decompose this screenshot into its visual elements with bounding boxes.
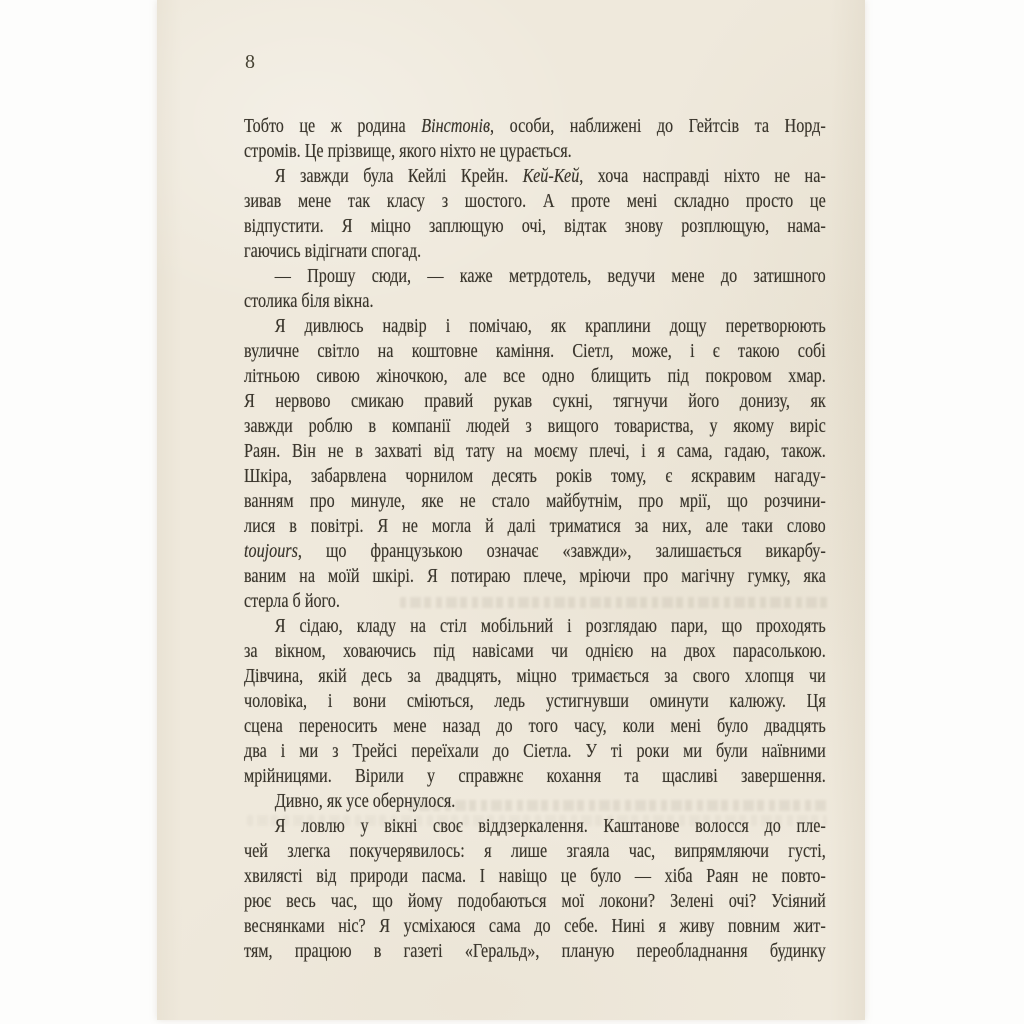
text-line: Раян. Він не в захваті від тату на моєму… bbox=[244, 439, 826, 464]
text-segment: тям, працюю в газеті «Геральд», планую п… bbox=[244, 940, 826, 962]
text-segment: завжди роблю в компанії людей з вищого т… bbox=[244, 415, 826, 437]
text-segment: мрійницями. Вірили у справжнє кохання та… bbox=[244, 765, 826, 787]
text-line: вуличне світло на коштовне каміння. Сіет… bbox=[244, 339, 826, 364]
text-line: Дівчина, якій десь за двадцять, міцно тр… bbox=[244, 664, 826, 689]
text-line: Дивно, як усе обернулося. bbox=[244, 789, 826, 814]
text-line: — Прошу сюди, — каже метрдотель, ведучи … bbox=[244, 264, 826, 289]
text-segment: — Прошу сюди, — каже метрдотель, ведучи … bbox=[275, 265, 826, 287]
text-segment: Дівчина, якій десь за двадцять, міцно тр… bbox=[244, 665, 826, 687]
italic-text-segment: Кей-Кей bbox=[523, 165, 580, 187]
text-line: сцена переносить мене назад до того часу… bbox=[244, 714, 826, 739]
text-segment: рює весь час, що йому подобаються мої ло… bbox=[244, 890, 826, 912]
text-line: Я ловлю у вікні своє віддзеркалення. Каш… bbox=[244, 814, 826, 839]
text-line: зивав мене так класу з шостого. А проте … bbox=[244, 189, 826, 214]
text-segment: стерла б його. bbox=[244, 590, 340, 612]
text-segment: , особи, наближені до Гейтсів та Норд- bbox=[490, 115, 826, 137]
text-segment: столика біля вікна. bbox=[244, 290, 374, 312]
text-line: ванням про минуле, яке не стало майбутні… bbox=[244, 489, 826, 514]
text-line: хвилясті від природи пасма. І навіщо це … bbox=[244, 864, 826, 889]
text-line: рює весь час, що йому подобаються мої ло… bbox=[244, 889, 826, 914]
text-segment: вуличне світло на коштовне каміння. Сіет… bbox=[244, 340, 826, 362]
text-line: Тобто це ж родина Вінстонів, особи, набл… bbox=[244, 114, 826, 139]
text-segment: чей злегка покучерявилось: я лише згаяла… bbox=[244, 840, 826, 862]
italic-text-segment: toujours bbox=[244, 540, 298, 562]
text-line: ваним на моїй шкірі. Я потираю плече, мр… bbox=[244, 564, 826, 589]
text-line: мрійницями. Вірили у справжнє кохання та… bbox=[244, 764, 826, 789]
text-segment: Я ловлю у вікні своє віддзеркалення. Каш… bbox=[275, 815, 826, 837]
text-line: чей злегка покучерявилось: я лише згаяла… bbox=[244, 839, 826, 864]
text-line: відпустити. Я міцно заплющую очі, відтак… bbox=[244, 214, 826, 239]
text-line: гаючись відігнати спогад. bbox=[244, 239, 826, 264]
text-segment: Я сідаю, кладу на стіл мобільний і розгл… bbox=[275, 615, 826, 637]
text-line: завжди роблю в компанії людей з вищого т… bbox=[244, 414, 826, 439]
text-line: toujours, що французькою означає «завжди… bbox=[244, 539, 826, 564]
text-segment: Я завжди була Кейлі Крейн. bbox=[275, 165, 523, 187]
text-line: за вікном, ховаючись під навісами чи одн… bbox=[244, 639, 826, 664]
text-segment: Тобто це ж родина bbox=[244, 115, 421, 137]
text-segment: , хоча насправді ніхто не на- bbox=[579, 165, 825, 187]
text-segment: хвилясті від природи пасма. І навіщо це … bbox=[244, 865, 826, 887]
text-line: Я нервово смикаю правий рукав сукні, тяг… bbox=[244, 389, 826, 414]
text-line: веснянками ніс? Я усміхаюся сама до себе… bbox=[244, 914, 826, 939]
text-line: два і ми з Трейсі переїхали до Сіетла. У… bbox=[244, 739, 826, 764]
text-segment: Раян. Він не в захваті від тату на моєму… bbox=[244, 440, 826, 462]
text-line: літньою сивою жіночкою, але все одно бли… bbox=[244, 364, 826, 389]
text-segment: два і ми з Трейсі переїхали до Сіетла. У… bbox=[244, 740, 826, 762]
book-page: 8 Тобто це ж родина Вінстонів, особи, на… bbox=[157, 0, 865, 1020]
text-line: стерла б його. bbox=[244, 589, 826, 614]
text-segment: Я дивлюсь надвір і помічаю, як краплини … bbox=[275, 315, 826, 337]
text-segment: відпустити. Я міцно заплющую очі, відтак… bbox=[244, 215, 826, 237]
text-segment: Я нервово смикаю правий рукав сукні, тяг… bbox=[244, 390, 826, 412]
scan-background: { "document": { "page_number": "8", "lan… bbox=[0, 0, 1024, 1024]
text-segment: літньою сивою жіночкою, але все одно бли… bbox=[244, 365, 826, 387]
text-segment: , що французькою означає «завжди», залиш… bbox=[298, 540, 826, 562]
text-line: Я завжди була Кейлі Крейн. Кей-Кей, хоча… bbox=[244, 164, 826, 189]
text-line: стромів. Це прізвище, якого ніхто не цур… bbox=[244, 139, 826, 164]
text-line: Шкіра, забарвлена чорнилом десять років … bbox=[244, 464, 826, 489]
text-line: тям, працюю в газеті «Геральд», планую п… bbox=[244, 939, 826, 964]
text-segment: за вікном, ховаючись під навісами чи одн… bbox=[244, 640, 826, 662]
text-segment: веснянками ніс? Я усміхаюся сама до себе… bbox=[244, 915, 826, 937]
text-segment: ваним на моїй шкірі. Я потираю плече, мр… bbox=[244, 565, 826, 587]
text-line: Я сідаю, кладу на стіл мобільний і розгл… bbox=[244, 614, 826, 639]
text-segment: зивав мене так класу з шостого. А проте … bbox=[244, 190, 826, 212]
text-line: Я дивлюсь надвір і помічаю, як краплини … bbox=[244, 314, 826, 339]
text-segment: сцена переносить мене назад до того часу… bbox=[244, 715, 826, 737]
text-segment: Дивно, як усе обернулося. bbox=[275, 790, 456, 812]
text-line: чоловіка, і вони сміються, ледь устигнув… bbox=[244, 689, 826, 714]
text-segment: чоловіка, і вони сміються, ледь устигнув… bbox=[244, 690, 826, 712]
text-segment: гаючись відігнати спогад. bbox=[244, 240, 421, 262]
body-text: Тобто це ж родина Вінстонів, особи, набл… bbox=[244, 114, 826, 964]
text-line: столика біля вікна. bbox=[244, 289, 826, 314]
page-number: 8 bbox=[245, 50, 256, 74]
text-segment: Шкіра, забарвлена чорнилом десять років … bbox=[244, 465, 826, 487]
italic-text-segment: Вінстонів bbox=[421, 115, 490, 137]
text-segment: ванням про минуле, яке не стало майбутні… bbox=[244, 490, 826, 512]
text-line: лися в повітрі. Я не могла й далі тримат… bbox=[244, 514, 826, 539]
text-segment: стромів. Це прізвище, якого ніхто не цур… bbox=[244, 140, 572, 162]
text-segment: лися в повітрі. Я не могла й далі тримат… bbox=[244, 515, 826, 537]
